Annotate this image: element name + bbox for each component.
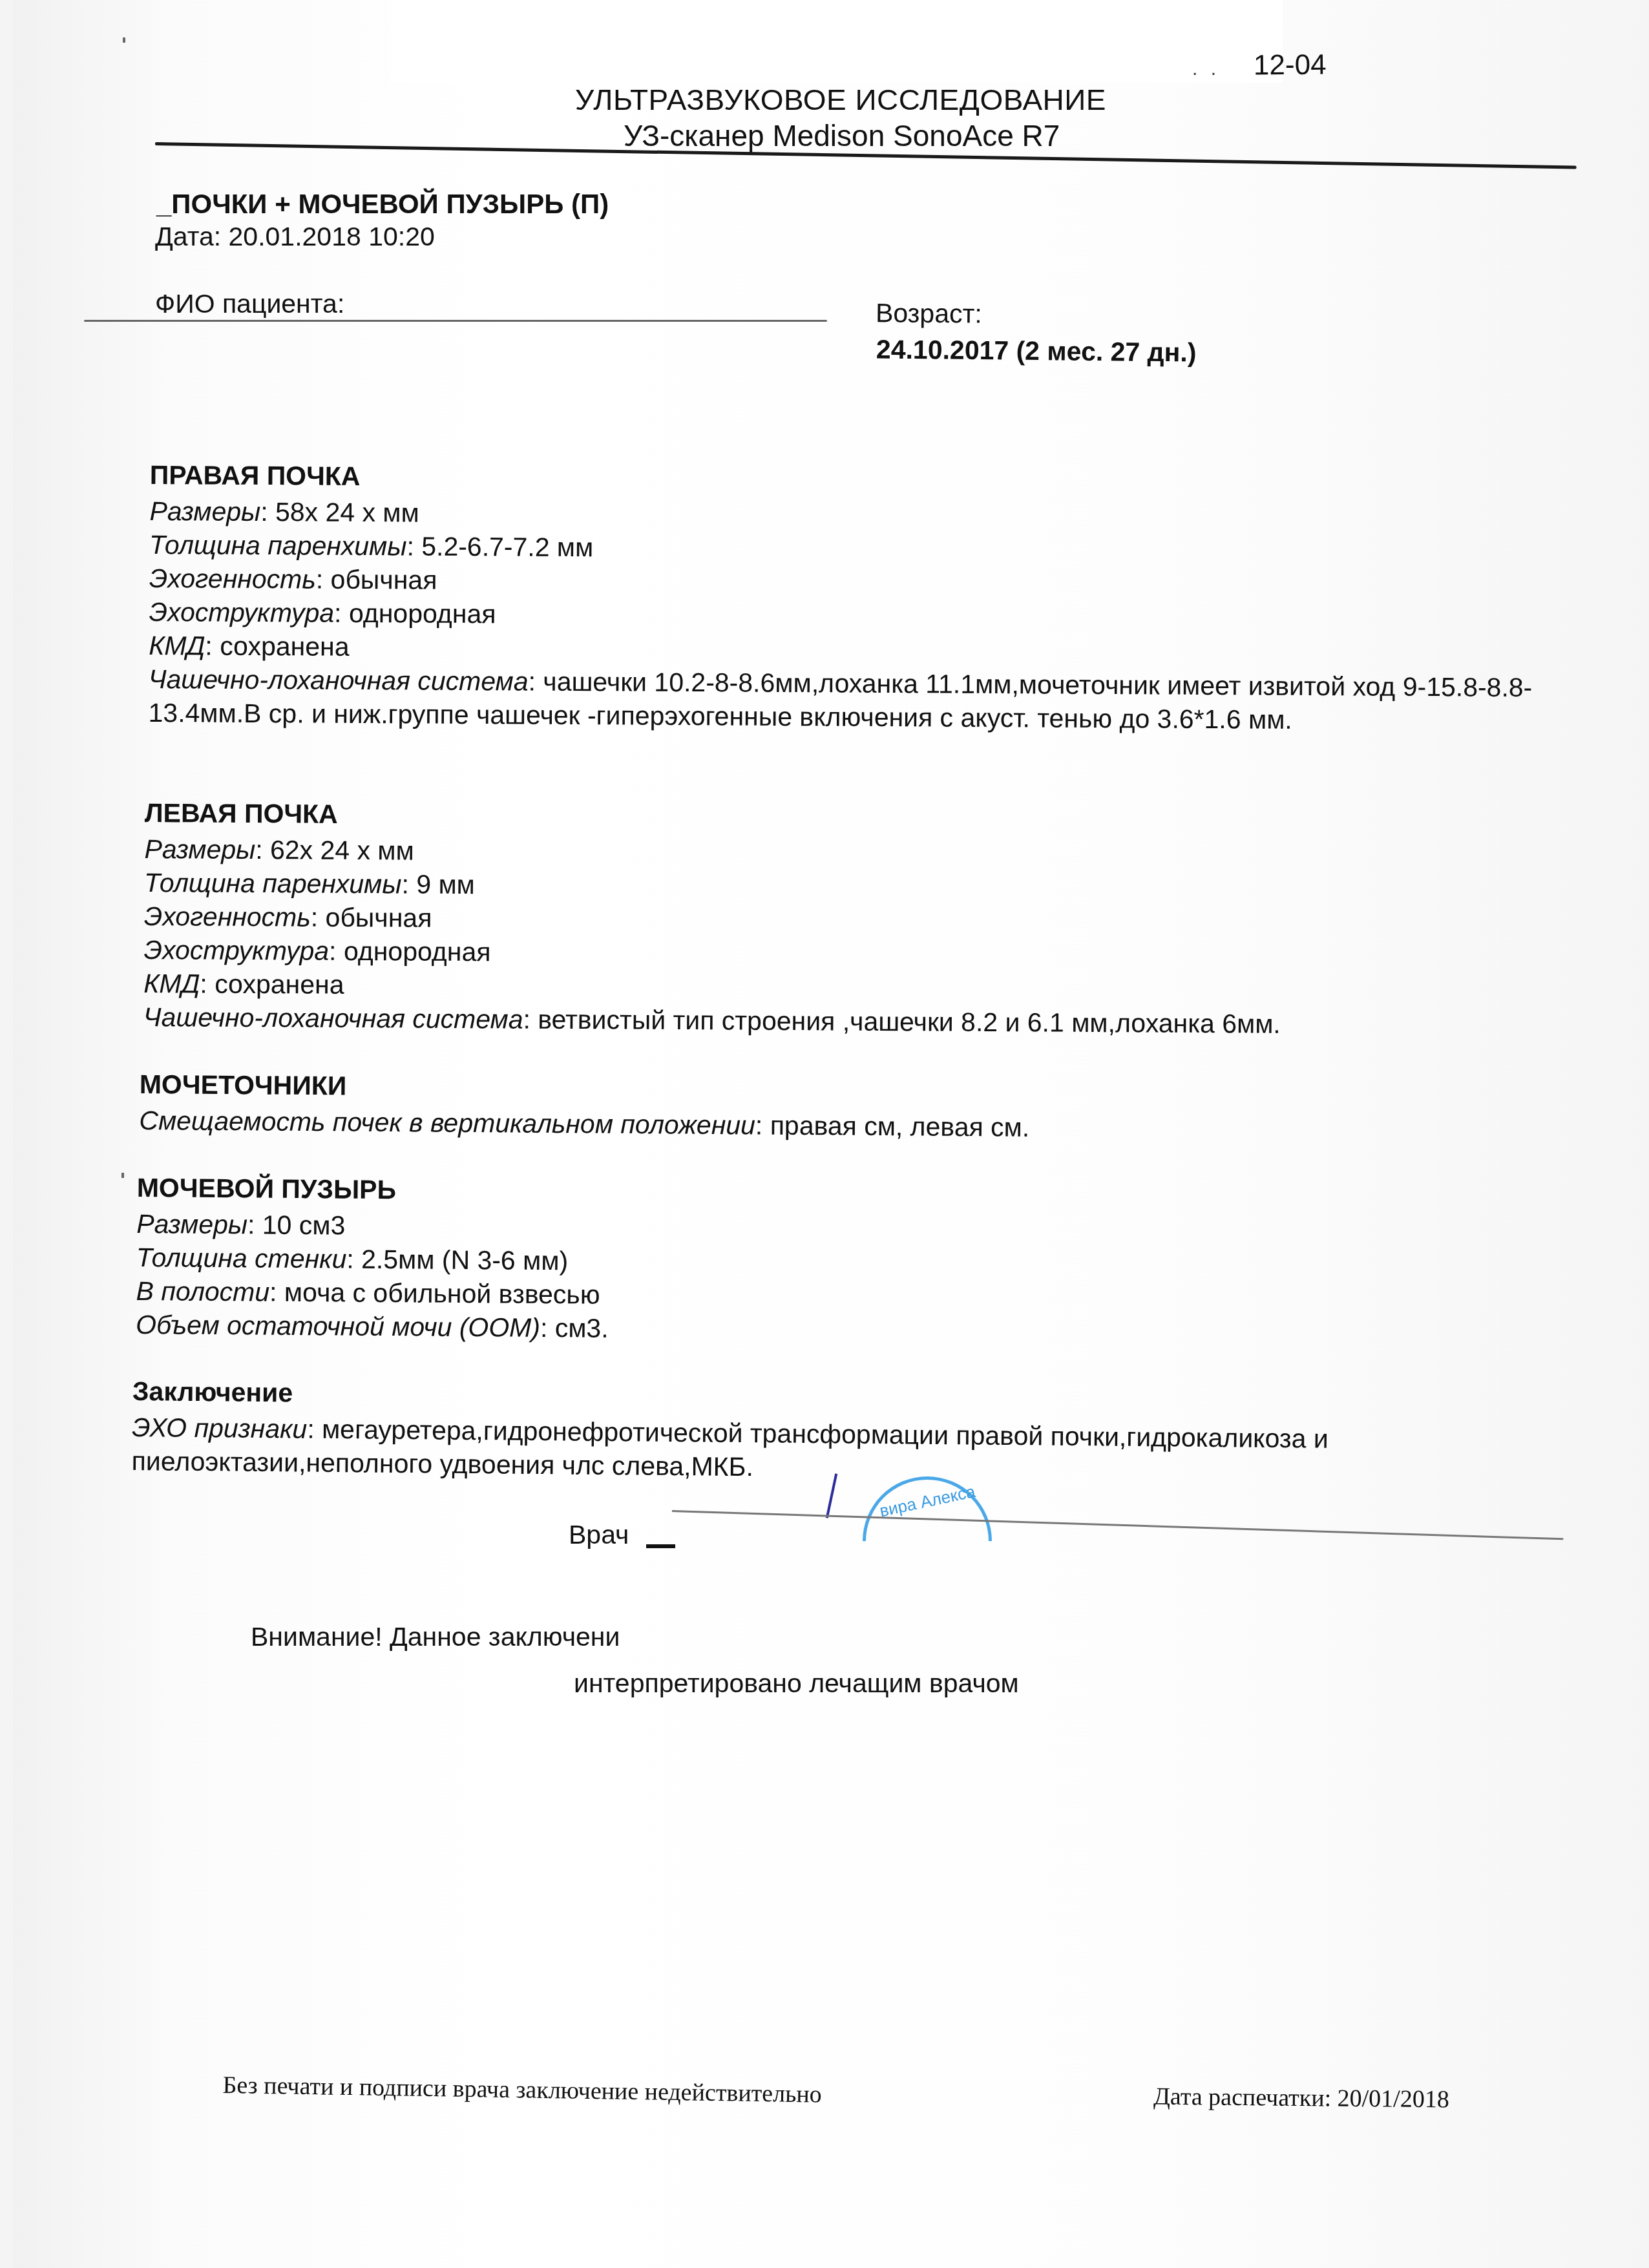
document-code: 12-04 bbox=[1254, 49, 1327, 82]
section-conclusion: Заключение ЭХО признаки: мегауретера,гид… bbox=[131, 1376, 1521, 1491]
patient-name-line bbox=[84, 320, 827, 322]
doctor-signature-blank bbox=[646, 1544, 675, 1548]
doctor-label: Врач bbox=[569, 1520, 629, 1550]
section-right-kidney: ПРАВАЯ ПОЧКА Размеры: 58х 24 х мм Толщин… bbox=[148, 460, 1539, 738]
field-row: В полости: моча с обильной взвесью bbox=[136, 1274, 609, 1312]
section-heading: МОЧЕТОЧНИКИ bbox=[140, 1069, 1030, 1107]
redacted-header-area bbox=[391, 0, 1283, 83]
footer-print-date: Дата распечатки: 20/01/2018 bbox=[1153, 2083, 1449, 2114]
conclusion-text: ЭХО признаки: мегауретера,гидронефротиче… bbox=[131, 1411, 1521, 1491]
field-row: Смещаемость почек в вертикальном положен… bbox=[139, 1104, 1029, 1144]
patient-name-label: ФИО пациента: bbox=[155, 289, 344, 319]
section-heading: ЛЕВАЯ ПОЧКА bbox=[145, 798, 1282, 835]
section-left-kidney: ЛЕВАЯ ПОЧКА Размеры: 62х 24 х мм Толщина… bbox=[143, 798, 1282, 1041]
section-ureters: МОЧЕТОЧНИКИ Смещаемость почек в вертикал… bbox=[139, 1069, 1030, 1144]
code-fragment-dots: . . bbox=[1192, 58, 1220, 80]
field-row: Чашечно-лоханочная система: ветвистый ти… bbox=[143, 1000, 1281, 1041]
exam-title: _ПОЧКИ + МОЧЕВОЙ ПУЗЫРЬ (П) bbox=[156, 189, 609, 220]
exam-date: Дата: 20.01.2018 10:20 bbox=[155, 222, 435, 252]
section-bladder: МОЧЕВОЙ ПУЗЫРЬ Размеры: 10 см3 Толщина с… bbox=[136, 1173, 610, 1345]
document-title: УЛЬТРАЗВУКОВОЕ ИССЛЕДОВАНИЕ bbox=[575, 83, 1106, 117]
field-row-cls: Чашечно-лоханочная система: чашечки 10.2… bbox=[148, 662, 1538, 738]
section-heading: МОЧЕВОЙ ПУЗЫРЬ bbox=[137, 1173, 610, 1207]
field-row: Размеры: 10 см3 bbox=[136, 1207, 609, 1244]
field-row: Толщина стенки: 2.5мм (N 3-6 мм) bbox=[136, 1241, 609, 1278]
scan-speck bbox=[121, 1173, 124, 1178]
scanner-model: УЗ-сканер Medison SonoAce R7 bbox=[624, 118, 1060, 153]
scan-speck bbox=[123, 37, 125, 43]
notice-line-2: интерпретировано лечащим врачом bbox=[574, 1668, 1019, 1699]
patient-age-value: 24.10.2017 (2 мес. 27 дн.) bbox=[876, 334, 1197, 368]
notice-line-1: Внимание! Данное заключени bbox=[251, 1622, 620, 1652]
field-row: Объем остаточной мочи (ООМ): см3. bbox=[136, 1308, 609, 1345]
patient-age-label: Возраст: bbox=[876, 298, 982, 329]
